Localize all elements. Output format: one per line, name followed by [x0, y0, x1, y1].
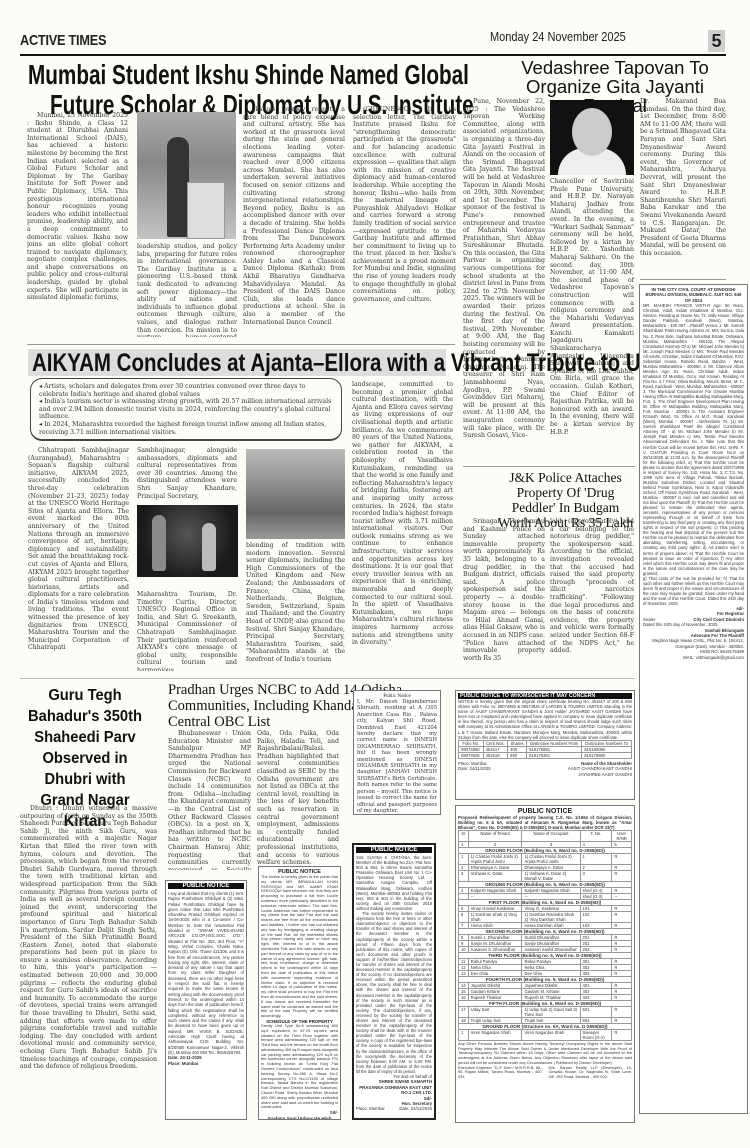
section-divider	[640, 279, 726, 280]
article-ncbc-col1: Bhubaneswar : Union Education Minister a…	[168, 730, 251, 870]
article-ikshu-col2: leadership studios, and policy labs, pre…	[137, 243, 237, 337]
article-vedashree-col3: Dr. Makarand Bua Ramdasi. On the third d…	[640, 98, 726, 273]
article-ikshu-col4: (CID-UNESCO). In its selection letter, T…	[353, 106, 456, 337]
photo-ikshu-podium	[137, 112, 236, 239]
table-row: 61) Darshan Shah 2) Viraj Shah1) Darshan…	[459, 912, 632, 923]
aikyam-highlights-box: ◂ Artists, scholars and delegates from o…	[30, 378, 342, 441]
article-ikshu-col3: Ikshu's journey reflects a rare blend of…	[243, 106, 345, 337]
article-ikshu-col1: Mumbai, 23 November 2025 : Ikshu Shinde,…	[27, 112, 128, 337]
share-certificate-table: Folio No.Certi Nos.SharesDistinctive Num…	[458, 740, 632, 759]
table-row: 3Vishwas K. Datar1) Vishwas K. Datar 2) …	[459, 871, 632, 882]
article-aikyam-col2a: Sambhajinagar, alongside ambassadors, di…	[137, 447, 237, 502]
article-aikyam-col4: landscape, committed to becoming a premi…	[352, 381, 453, 676]
masthead-rule	[20, 54, 726, 56]
photo-vedashree-speaker	[550, 100, 634, 175]
article-jk-col1: Srinagar : The Jammu and Kashmir Police …	[463, 518, 545, 673]
article-vedashree-col2: Chancellor of Savitribai Phule Pune Univ…	[550, 178, 634, 463]
article-ncbc-col2: Oda, Oda Paika, Oda Paiko, Haladia Teli,…	[257, 730, 339, 870]
masthead-date: Monday 24 November 2025	[490, 30, 626, 44]
photo-aikyam-dancers	[137, 505, 238, 577]
public-notice-name-change: Public Notice I, Mr. Dinesh Digamberrao …	[353, 690, 441, 815]
aikyam-bullet: ◂ Artists, scholars and delegates from o…	[39, 383, 333, 398]
public-notice-farooqui: PUBLIC NOTICE The Notice is hereby given…	[258, 866, 341, 1120]
aikyam-bullet: ◂ India's tourism sector is witnessing s…	[39, 398, 333, 421]
section-divider	[463, 466, 635, 467]
article-guru-body: Dhubri : Dhubri witnessed a massive outp…	[20, 805, 157, 1125]
article-jk-col2: lakh (approximately) and a car belonging…	[550, 518, 634, 673]
article-vedashree-col1: Pune, November 22, 2025 : The Vedashree …	[463, 98, 545, 463]
photo-aikyam-crowd	[246, 449, 345, 539]
table-row: 08074925451518690619179281619179880	[459, 752, 632, 758]
headline-ikshu-line1: Mumbai Student Ikshu Shinde Named Global	[28, 60, 469, 90]
aikyam-bullet: ◂ In 2024, Maharashtra recorded the high…	[39, 421, 333, 436]
article-aikyam-col1: Chhatrapati Sambhajinagar (Aurangabad), …	[28, 447, 129, 685]
court-notice-dindoshi: IN THE CITY CIVIL COURT AT DINDOSHI BORI…	[639, 284, 748, 1114]
article-aikyam-col3: blending of tradition with modern innova…	[246, 542, 345, 672]
public-notice-share-certificate: PUBLIC NOTICE TO WHOMSOEVER IT MAY CONCE…	[455, 690, 635, 800]
page-number: 5	[708, 30, 725, 52]
table-row: 17Uday Sait1) Uday Sait 2) Gauri Sait 3)…	[459, 1007, 632, 1018]
section-divider	[27, 344, 455, 345]
table-row: 11) Chintan Praful Joshi 2) Arpita Prafu…	[459, 854, 632, 865]
headline-aikyam: AIKYAM Concludes at Ajanta–Ellora with a…	[32, 350, 698, 376]
public-notice-ghildiyal: PUBLIC NOTICE I say and declare that my …	[165, 880, 247, 1120]
table-row: 1Viren Nagardas ShahViren Nagardas ShahS…	[459, 1030, 632, 1041]
public-notice-redevelopment: PUBLIC NOTICE Proposed Redevelopment of …	[455, 805, 635, 1123]
masthead-publication-name: ACTIVE TIMES	[20, 32, 106, 49]
article-aikyam-col2b: Maharashtra Tourism, Dr. Timothy Curtis,…	[137, 591, 237, 671]
section-divider	[20, 678, 635, 679]
redevelopment-tenant-table: SrName of TenantName of OccupantT. No.Us…	[458, 830, 632, 1041]
public-notice-chitania: PUBLIC NOTICE Smt. SUVINA K. CHITANIA, t…	[352, 843, 436, 1120]
